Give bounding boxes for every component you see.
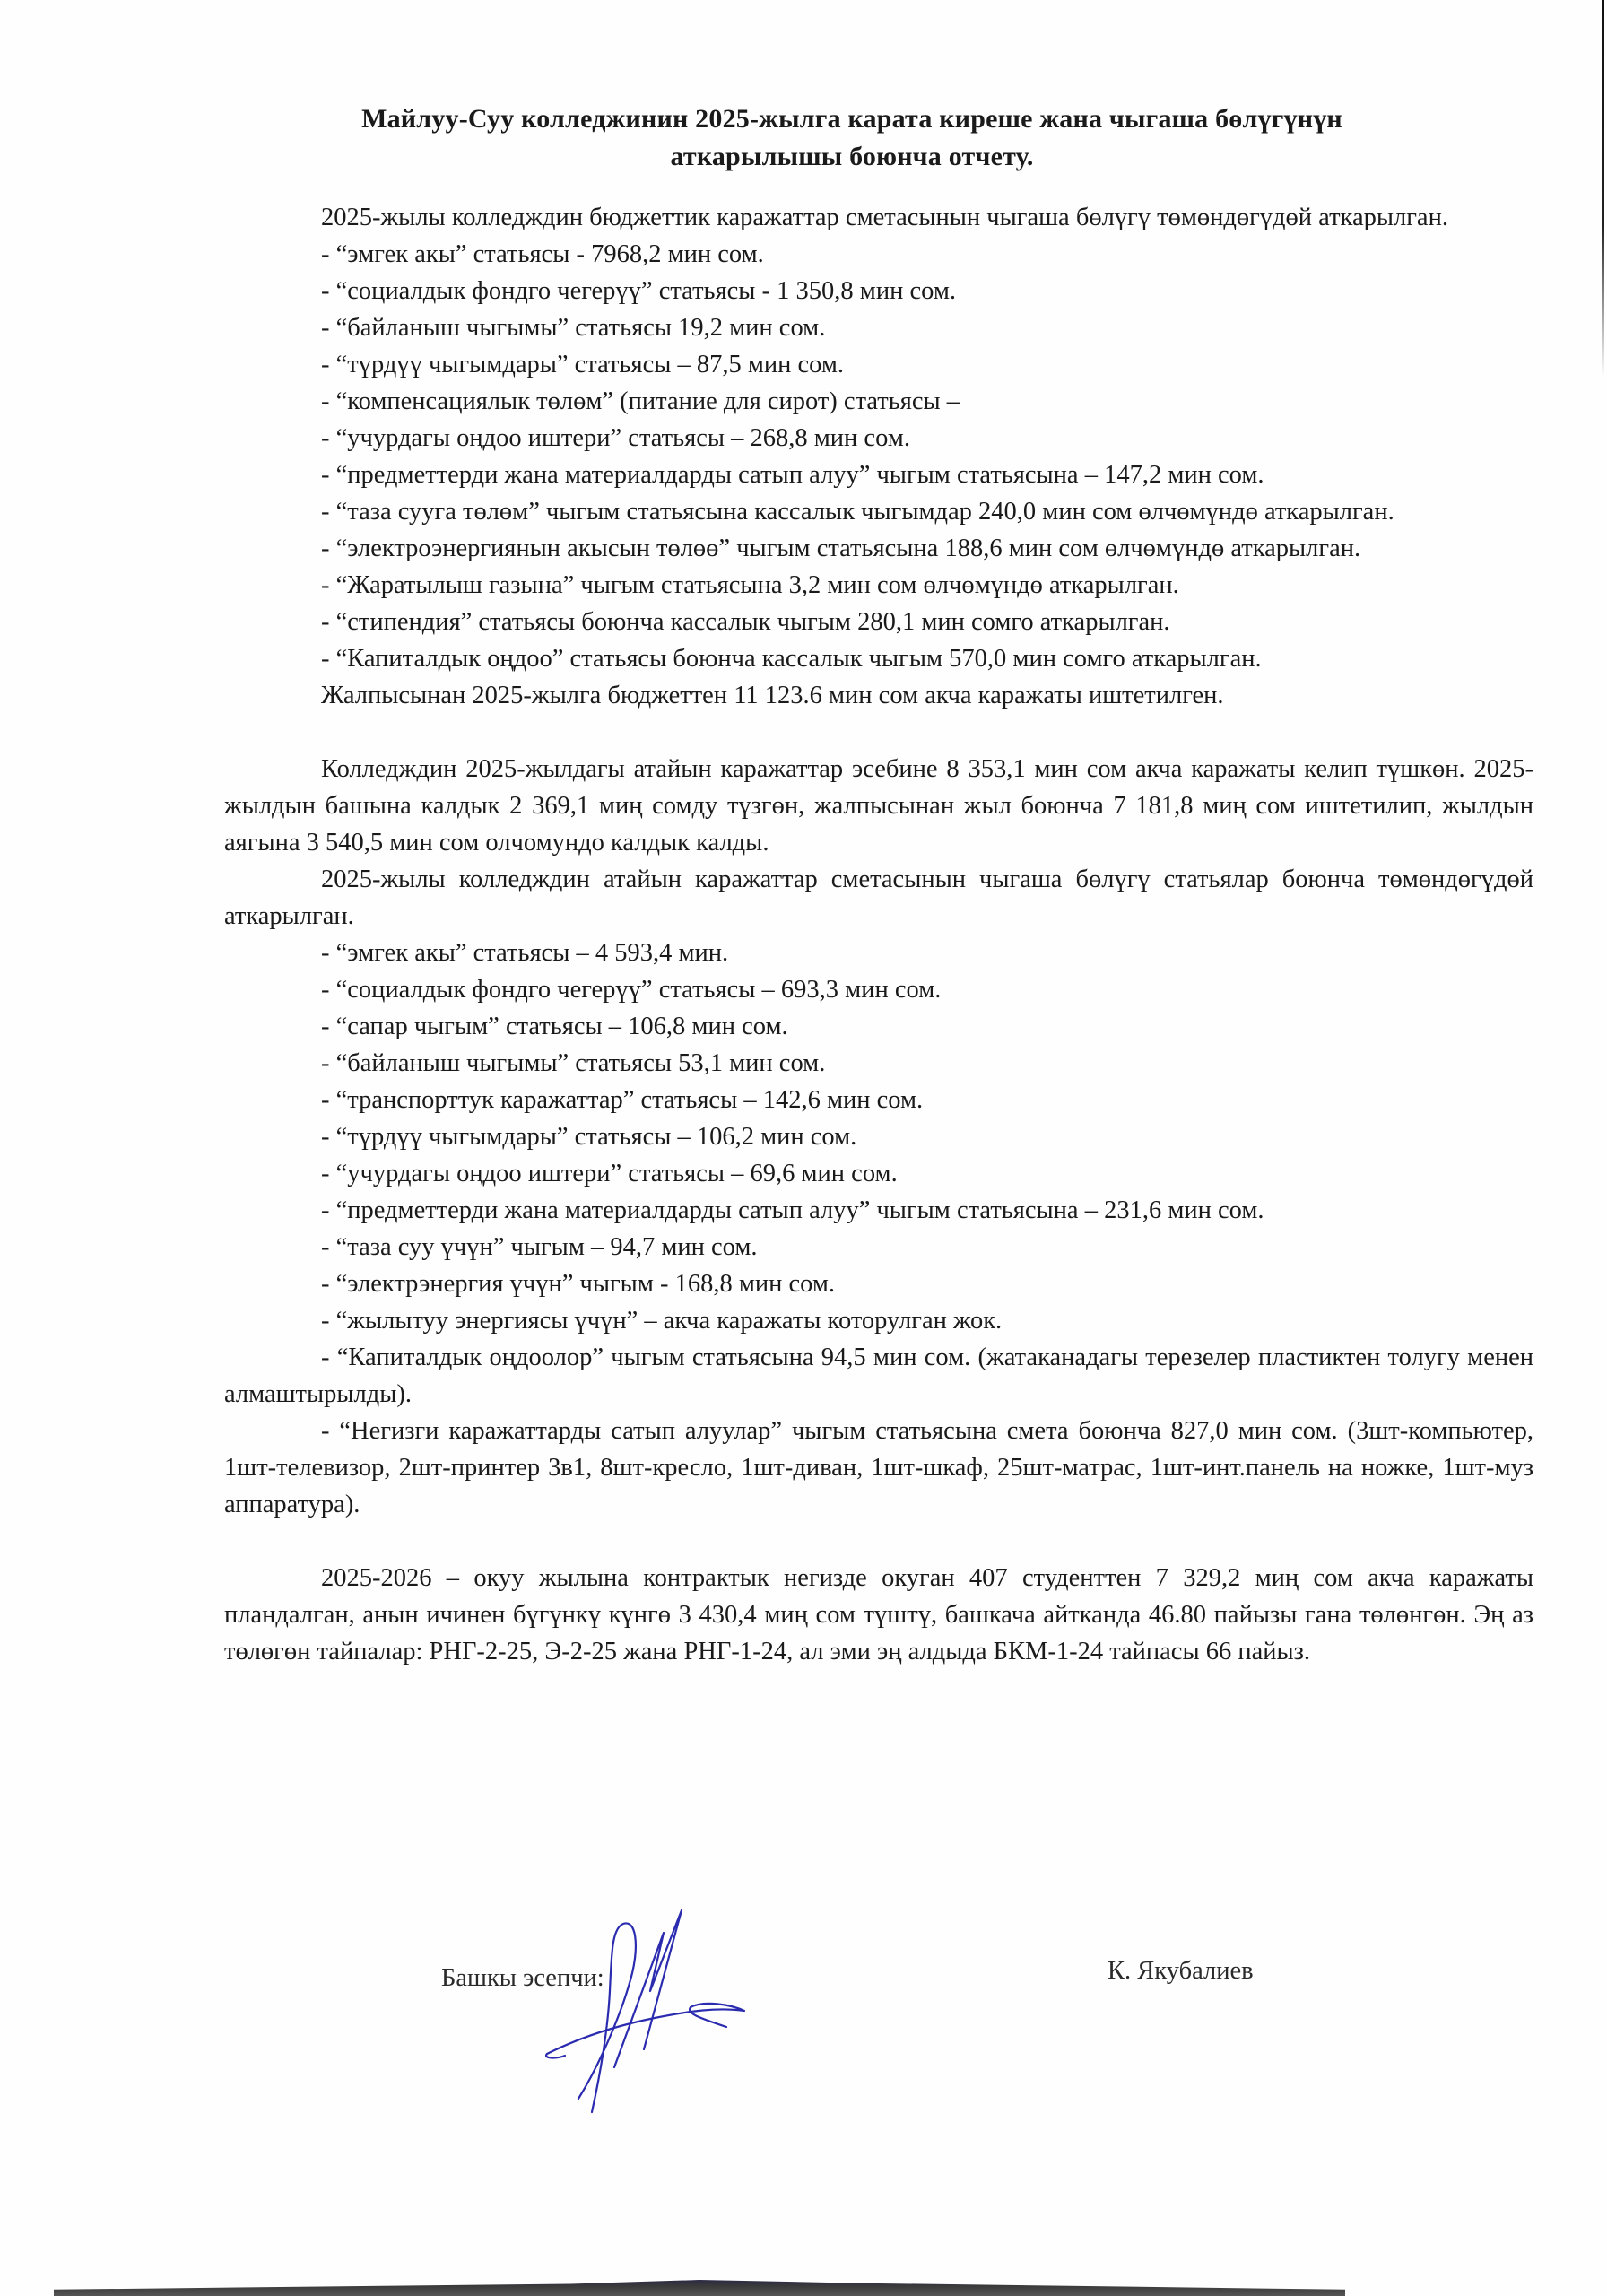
- budget-item: - “эмгек акы” статьясы - 7968,2 мин сом.: [224, 236, 1533, 273]
- budget-item: - “предметтерди жана материалдарды сатып…: [224, 457, 1533, 493]
- special-income-paragraph: Колледждин 2025-жылдагы атайын каражатта…: [224, 751, 1533, 861]
- budget-section: 2025-жылы колледждин бюджеттик каражатта…: [224, 199, 1533, 1670]
- special-item: - “транспорттук каражаттар” статьясы – 1…: [224, 1082, 1533, 1118]
- budget-item: - “таза сууга төлөм” чыгым статьясына ка…: [224, 493, 1533, 530]
- special-item: - “таза суу үчүн” чыгым – 94,7 мин сом.: [224, 1229, 1533, 1265]
- special-item: - “электрэнергия үчүн” чыгым - 168,8 мин…: [224, 1265, 1533, 1302]
- budget-item: - “социалдык фондго чегерүү” статьясы - …: [224, 273, 1533, 309]
- special-capital-repair: - “Капиталдык оңдоолор” чыгым статьясына…: [224, 1339, 1533, 1413]
- budget-item: - “стипендия” статьясы боюнча кассалык ч…: [224, 604, 1533, 640]
- handwritten-signature-icon: [538, 1892, 807, 2117]
- special-intro: 2025-жылы колледждин атайын каражаттар с…: [224, 861, 1533, 935]
- special-item: - “түрдүү чыгымдары” статьясы – 106,2 ми…: [224, 1118, 1533, 1155]
- special-fixed-assets: - “Негизги каражаттарды сатып алуулар” ч…: [224, 1413, 1533, 1523]
- signature-block: Башкы эсепчи: К. Якубалиев: [0, 1919, 1607, 2099]
- special-item: - “учурдагы оңдоо иштери” статьясы – 69,…: [224, 1155, 1533, 1192]
- title-line-2: аткарылышы боюнча отчету.: [269, 138, 1435, 176]
- budget-intro: 2025-жылы колледждин бюджеттик каражатта…: [224, 199, 1533, 236]
- special-item: - “социалдык фондго чегерүү” статьясы – …: [224, 971, 1533, 1008]
- title-line-1: Майлуу-Суу колледжинин 2025-жылга карата…: [269, 100, 1435, 138]
- signatory-name: К. Якубалиев: [1108, 1957, 1254, 1986]
- contract-paragraph: 2025-2026 – окуу жылына контрактык негиз…: [224, 1560, 1533, 1670]
- special-item: - “сапар чыгым” статьясы – 106,8 мин сом…: [224, 1008, 1533, 1045]
- special-item: - “эмгек акы” статьясы – 4 593,4 мин.: [224, 935, 1533, 971]
- budget-item: - “электроэнергиянын акысын төлөө” чыгым…: [224, 530, 1533, 567]
- document-title: Майлуу-Суу колледжинин 2025-жылга карата…: [269, 100, 1435, 176]
- scan-bottom-shadow: [54, 2280, 1345, 2296]
- budget-item: - “байланыш чыгымы” статьясы 19,2 мин со…: [224, 309, 1533, 346]
- budget-item: - “Капиталдык оңдоо” статьясы боюнча кас…: [224, 640, 1533, 677]
- scan-edge-line: [1602, 0, 1604, 377]
- special-item: - “предметтерди жана материалдарды сатып…: [224, 1192, 1533, 1229]
- budget-total: Жалпысынан 2025-жылга бюджеттен 11 123.6…: [224, 677, 1533, 714]
- budget-item: - “түрдүү чыгымдары” статьясы – 87,5 мин…: [224, 346, 1533, 383]
- budget-item: - “компенсациялык төлөм” (питание для си…: [224, 383, 1533, 420]
- budget-item: - “учурдагы оңдоо иштери” статьясы – 268…: [224, 420, 1533, 457]
- scanned-page: Майлуу-Суу колледжинин 2025-жылга карата…: [0, 0, 1607, 2296]
- budget-item: - “Жаратылыш газына” чыгым статьясына 3,…: [224, 567, 1533, 604]
- special-item: - “байланыш чыгымы” статьясы 53,1 мин со…: [224, 1045, 1533, 1082]
- special-item: - “жылытуу энергиясы үчүн” – акча каража…: [224, 1302, 1533, 1339]
